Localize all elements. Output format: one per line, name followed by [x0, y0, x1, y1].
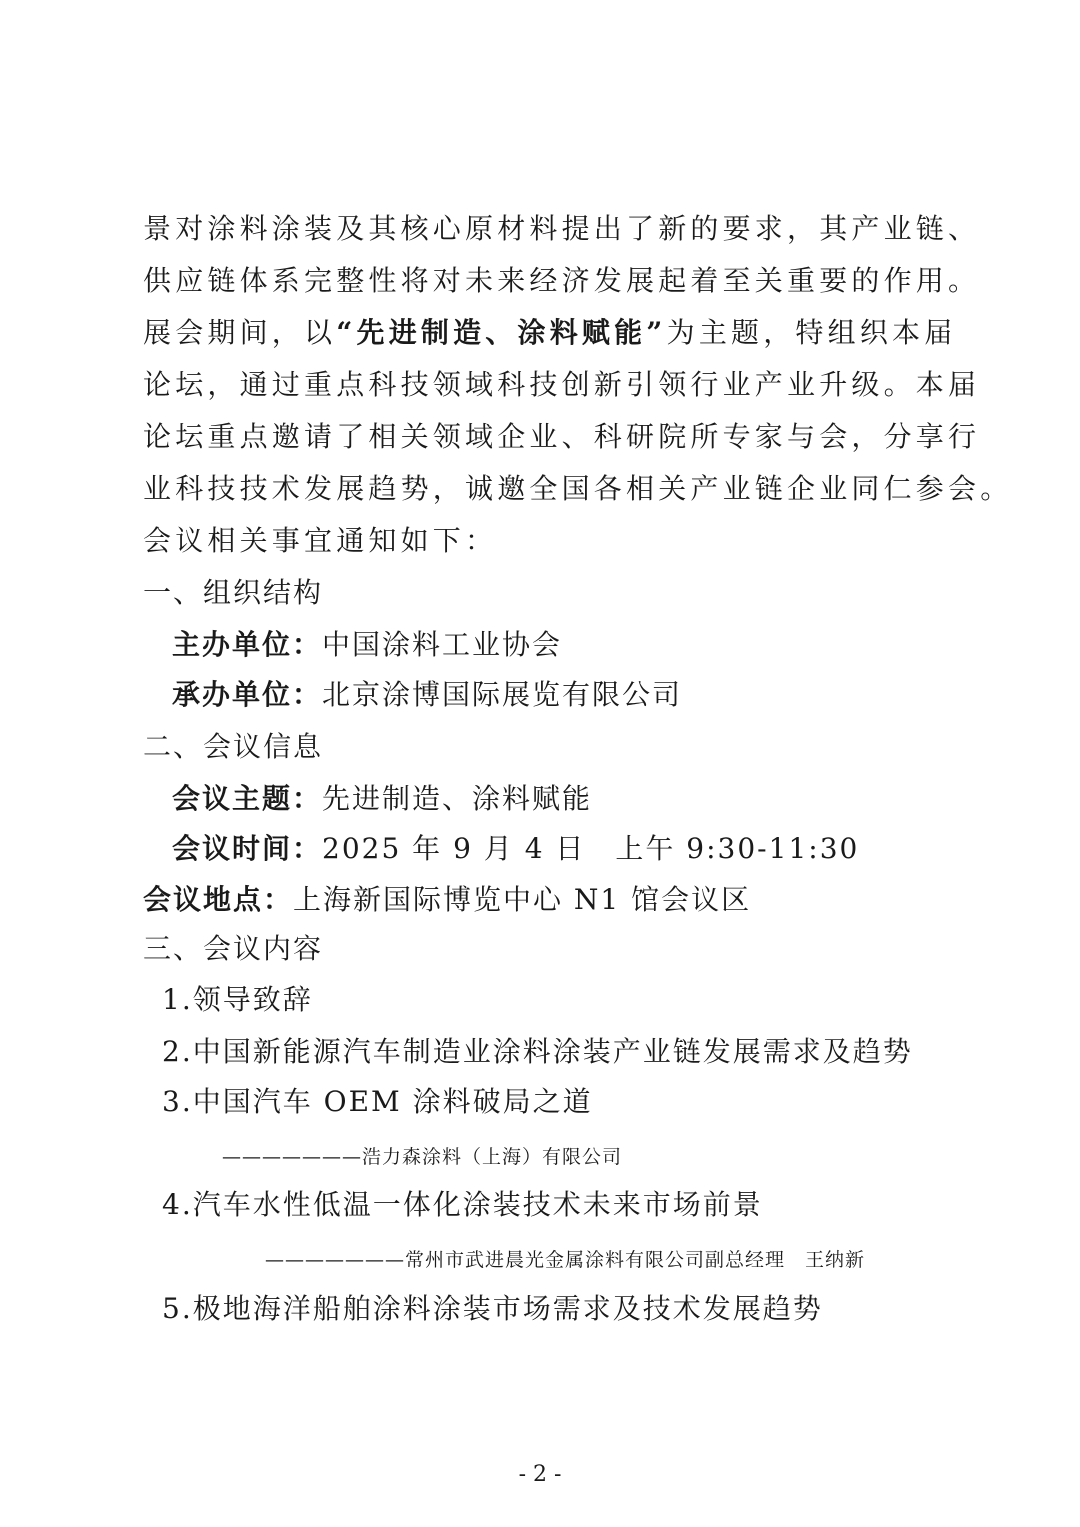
organizer-row: 承办单位：北京涂博国际展览有限公司	[172, 678, 682, 712]
paragraph-line: 业科技技术发展趋势，诚邀全国各相关产业链企业同仁参会。	[143, 472, 1012, 506]
paragraph-line: 景对涂料涂装及其核心原材料提出了新的要求，其产业链、	[143, 212, 980, 246]
agenda-item: 2.中国新能源汽车制造业涂料涂装产业链发展需求及趋势	[162, 1035, 913, 1069]
agenda-speaker: ———————浩力森涂料（上海）有限公司	[222, 1140, 622, 1174]
paragraph-line: 展会期间，以“先进制造、涂料赋能”为主题，特组织本届	[143, 316, 956, 350]
agenda-item: 4.汽车水性低温一体化涂装技术未来市场前景	[162, 1188, 763, 1222]
paragraph-line: 论坛，通过重点科技领域科技创新引领行业产业升级。本届	[143, 368, 980, 402]
organizer-value: 北京涂博国际展览有限公司	[322, 678, 682, 711]
section-heading-org: 一、组织结构	[143, 576, 323, 610]
theme-label: 会议主题：	[172, 782, 322, 815]
organizer-label: 承办单位：	[172, 678, 322, 711]
host-label: 主办单位：	[172, 628, 322, 661]
theme-quote: “先进制造、涂料赋能”	[336, 316, 666, 349]
section-heading-info: 二、会议信息	[143, 730, 323, 764]
section-heading-content: 三、会议内容	[143, 932, 323, 966]
agenda-item: 3.中国汽车 OEM 涂料破局之道	[162, 1085, 593, 1119]
text: 展会期间，以	[143, 316, 336, 349]
theme-row: 会议主题：先进制造、涂料赋能	[172, 782, 592, 816]
time-value: 2025 年 9 月 4 日 上午 9:30-11:30	[322, 832, 859, 865]
paragraph-line: 论坛重点邀请了相关领域企业、科研院所专家与会，分享行	[143, 420, 980, 454]
place-value: 上海新国际博览中心 N1 馆会议区	[293, 883, 751, 916]
paragraph-line: 会议相关事宜通知如下：	[143, 524, 497, 558]
place-row: 会议地点：上海新国际博览中心 N1 馆会议区	[143, 883, 751, 917]
agenda-speaker: ———————常州市武进晨光金属涂料有限公司副总经理 王纳新	[265, 1243, 865, 1277]
theme-value: 先进制造、涂料赋能	[322, 782, 592, 815]
agenda-item: 1.领导致辞	[162, 983, 313, 1017]
agenda-item: 5.极地海洋船舶涂料涂装市场需求及技术发展趋势	[162, 1292, 823, 1326]
host-row: 主办单位：中国涂料工业协会	[172, 628, 562, 662]
time-row: 会议时间：2025 年 9 月 4 日 上午 9:30-11:30	[172, 832, 859, 866]
paragraph-line: 供应链体系完整性将对未来经济发展起着至关重要的作用。	[143, 264, 980, 298]
time-label: 会议时间：	[172, 832, 322, 865]
page-number: - 2 -	[0, 1462, 1080, 1487]
host-value: 中国涂料工业协会	[322, 628, 562, 661]
text: 为主题，特组织本届	[667, 316, 957, 349]
place-label: 会议地点：	[143, 883, 293, 916]
